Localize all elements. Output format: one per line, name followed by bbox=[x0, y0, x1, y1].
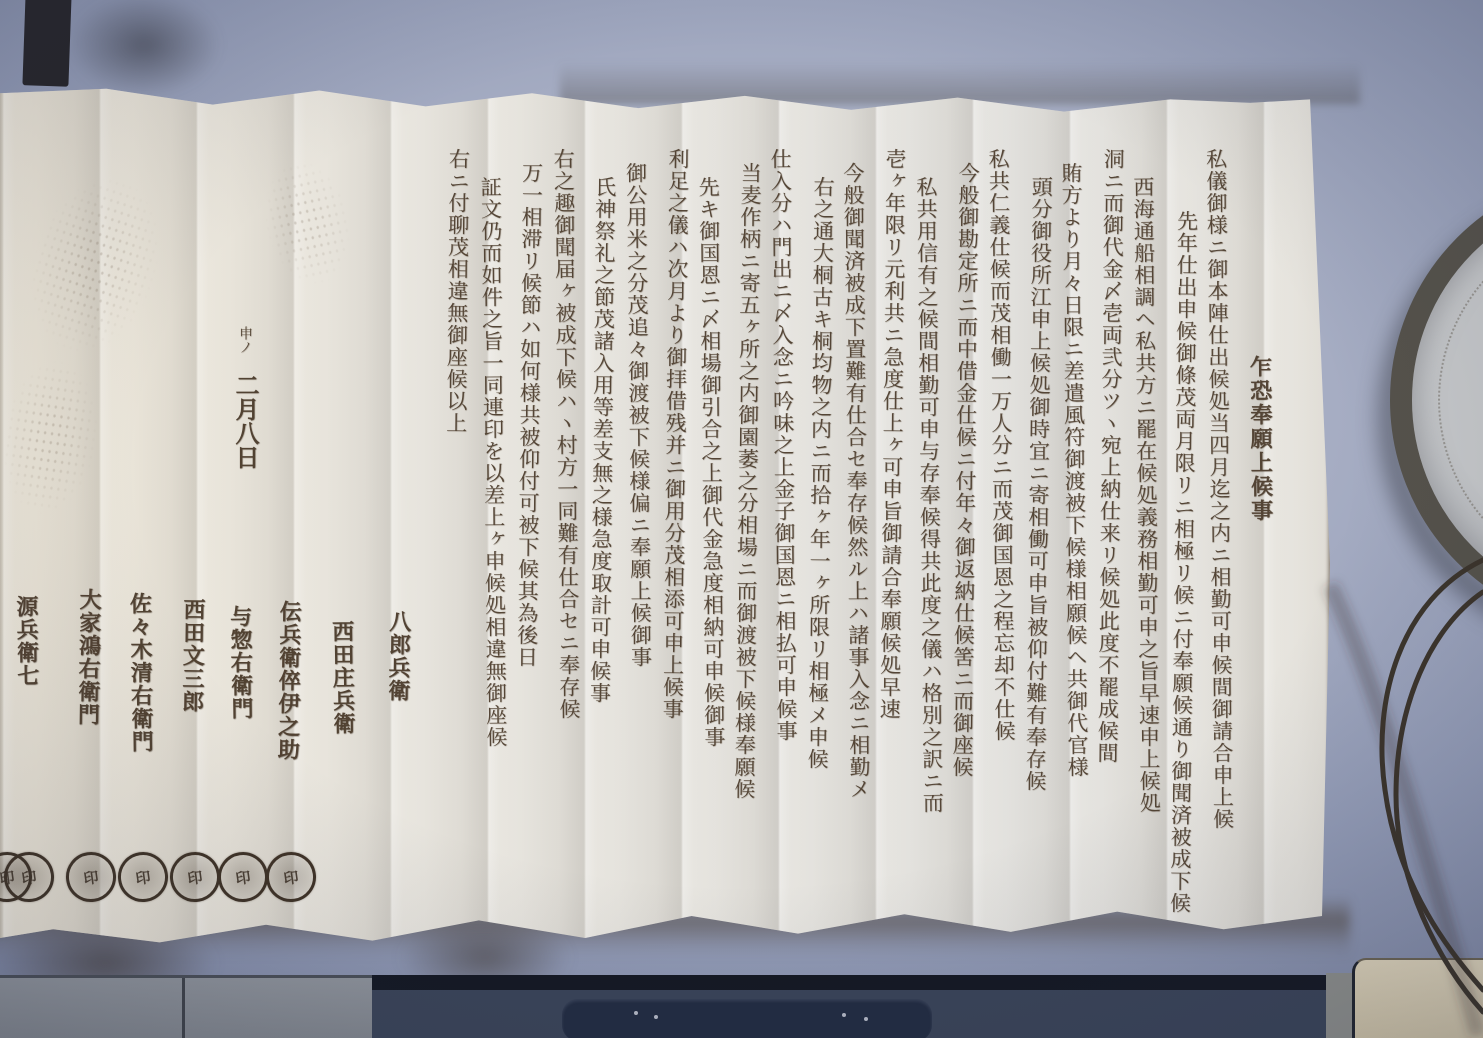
text-column-6: 頭分御役所江申上候処御時宜ニ寄相働可申旨被仰付難有奉存候 bbox=[1023, 176, 1051, 792]
seal-stamp-3: 印 bbox=[263, 849, 319, 905]
text-column-3: 西海通船相調ヘ私共方ニ罷在候処義務相勤可申之旨早速申上候処 bbox=[1132, 176, 1161, 814]
text-column-19: 右之趣御聞届ヶ被成下候ハヽ村方一同難有仕合セニ奉存候 bbox=[552, 148, 580, 720]
paper-top-shadow bbox=[560, 62, 1360, 104]
text-column-22: 右ニ付聊茂相違無御座候以上 bbox=[444, 148, 469, 434]
signature-3: 伝兵衛倅伊之助 bbox=[275, 600, 301, 761]
date-column: 申ノ 二月八日 bbox=[228, 326, 263, 469]
text-column-21: 証文仍而如件之旨一同連印を以差上ヶ申候処相違無御座候 bbox=[479, 176, 507, 748]
text-column-5: 賄方より月々日限ニ差遣風符御渡被下候様相願候ヘ共御代官様 bbox=[1060, 162, 1088, 778]
signature-8: 源兵衛七 bbox=[13, 595, 38, 687]
table-seam bbox=[182, 978, 185, 1038]
signature-2: 西田庄兵衛 bbox=[329, 620, 354, 735]
wire-inner bbox=[1396, 592, 1483, 1012]
gray-block bbox=[1326, 973, 1352, 1038]
panel-dot bbox=[654, 1015, 658, 1019]
seal-text: 印 bbox=[80, 868, 103, 886]
text-column-14: 当麦作柄ニ寄五ヶ所之内御園萎之分相場ニ而御渡被下候様奉願候 bbox=[733, 162, 762, 800]
text-column-17: 御公用米之分茂追々御渡被下候様偏ニ奉願上候御事 bbox=[625, 162, 652, 668]
signature-6: 佐々木清右衛門 bbox=[127, 592, 153, 753]
text-column-18: 氏神祭礼之節茂諸入用等差支無之様急度取計可申候事 bbox=[588, 176, 616, 704]
ink-offset-speckle bbox=[233, 125, 382, 320]
ink-offset-speckle bbox=[0, 322, 129, 553]
date-era: 申ノ bbox=[237, 326, 253, 354]
seal-stamp-4: 印 bbox=[215, 849, 271, 905]
signature-4: 与惣右衛門 bbox=[227, 605, 252, 720]
document-heading: 乍恐奉願上候事 bbox=[1247, 355, 1272, 523]
panel-dot bbox=[864, 1017, 868, 1021]
table-edge-center bbox=[372, 975, 1352, 1038]
seal-stamp-6: 印 bbox=[115, 849, 171, 905]
text-column-12: 右之通大桐古キ桐均物之内ニ而拾ヶ年一ヶ所限リ相極メ申候 bbox=[806, 176, 834, 770]
text-column-15: 先キ御国恩ニ〆相場御引合之上御代金急度相納可申候御事 bbox=[697, 176, 725, 748]
text-column-2: 先年仕出申候御條茂両月限リニ相極リ候ニ付奉願候通り御聞済被成下候 bbox=[1168, 210, 1197, 914]
document-paper: 乍恐奉願上候事 私儀御様ニ御本陣仕出候処当四月迄之内ニ相勤可申候間御請合申上候先… bbox=[0, 80, 1330, 960]
seal-text: 印 bbox=[0, 868, 18, 886]
ink-offset-speckle bbox=[0, 120, 214, 410]
text-column-4: 洞ニ而御代金〆壱両弐分ツヽ宛上納仕来リ候処此度不罷成候間 bbox=[1096, 148, 1124, 764]
text-column-13: 仕入分ハ門出ニ〆入念ニ吟味之上金子御国恩ニ相払可申候事 bbox=[769, 148, 797, 742]
text-column-1: 私儀御様ニ御本陣仕出候処当四月迄之内ニ相勤可申候間御請合申上候 bbox=[1204, 148, 1233, 830]
table-edge-left bbox=[0, 975, 372, 1038]
photo-of-document: 乍恐奉願上候事 私儀御様ニ御本陣仕出候処当四月迄之内ニ相勤可申候間御請合申上候先… bbox=[0, 0, 1483, 1038]
date-text: 二月八日 bbox=[231, 373, 259, 469]
clamp-object bbox=[22, 0, 71, 87]
panel-dot bbox=[842, 1013, 846, 1017]
seal-stamp-5: 印 bbox=[167, 849, 223, 905]
seal-text: 印 bbox=[232, 868, 255, 886]
text-column-7: 私共仁義仕候而茂相働一万人分ニ而茂御国恩之程忘却不仕候 bbox=[987, 148, 1015, 742]
seal-stamp-7: 印 bbox=[63, 849, 119, 905]
text-column-16: 利足之儀ハ次月より御拝借残并ニ御用分茂相添可申上候事 bbox=[661, 148, 689, 720]
signature-1: 八郎兵衛 bbox=[385, 610, 410, 702]
dark-device-panel bbox=[562, 999, 932, 1038]
tan-sheet-corner bbox=[1352, 958, 1483, 1038]
seal-text: 印 bbox=[132, 868, 155, 886]
text-column-9: 私共用信有之候間相勤可申与存奉候得共此度之儀ハ格別之訳ニ而 bbox=[914, 176, 943, 814]
signature-5: 西田文三郎 bbox=[179, 598, 204, 713]
seal-text: 印 bbox=[184, 868, 207, 886]
signature-7: 大家鴻右衛門 bbox=[75, 588, 100, 726]
seal-text: 印 bbox=[280, 868, 303, 886]
panel-dot bbox=[634, 1011, 638, 1015]
text-column-8: 今般御勘定所ニ而中借金仕候ニ付年々御返納仕候筈ニ而御座候 bbox=[951, 162, 979, 778]
table-black-strip bbox=[372, 975, 1352, 990]
text-column-11: 今般御聞済被成下置難有仕合セ奉存候然ル上ハ諸事入念ニ相勤メ bbox=[842, 162, 871, 800]
text-column-10: 壱ヶ年限リ元利共ニ急度仕上ヶ可申旨御請合奉願候処早速 bbox=[878, 148, 906, 720]
text-column-20: 万一相滞リ候節ハ如何様共被仰付可被下候其為後日 bbox=[516, 162, 543, 668]
wire-outer bbox=[1382, 560, 1483, 990]
